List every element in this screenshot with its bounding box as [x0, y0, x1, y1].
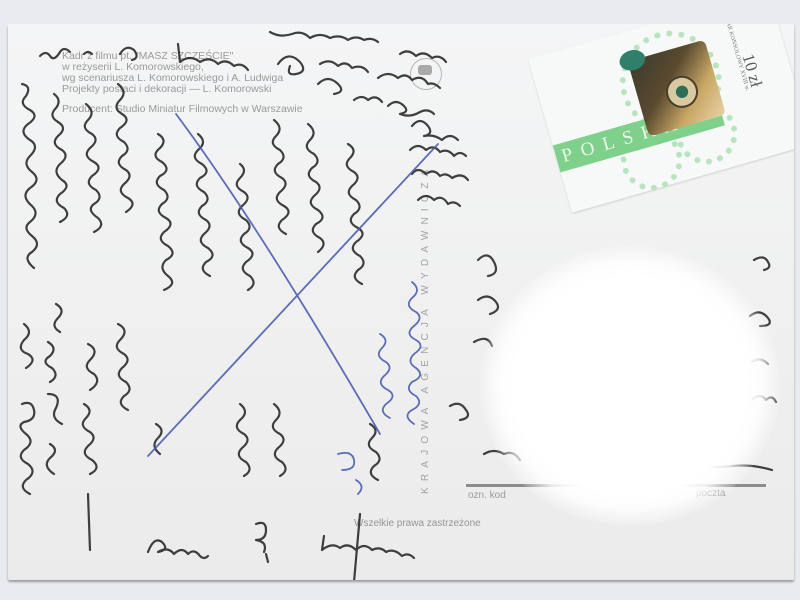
clock-face-icon — [662, 72, 702, 112]
address-redaction — [480, 246, 780, 526]
postcard-back: Kadr z filmu pt. "MASZ SZCZĘŚCIE" w reży… — [8, 24, 794, 580]
